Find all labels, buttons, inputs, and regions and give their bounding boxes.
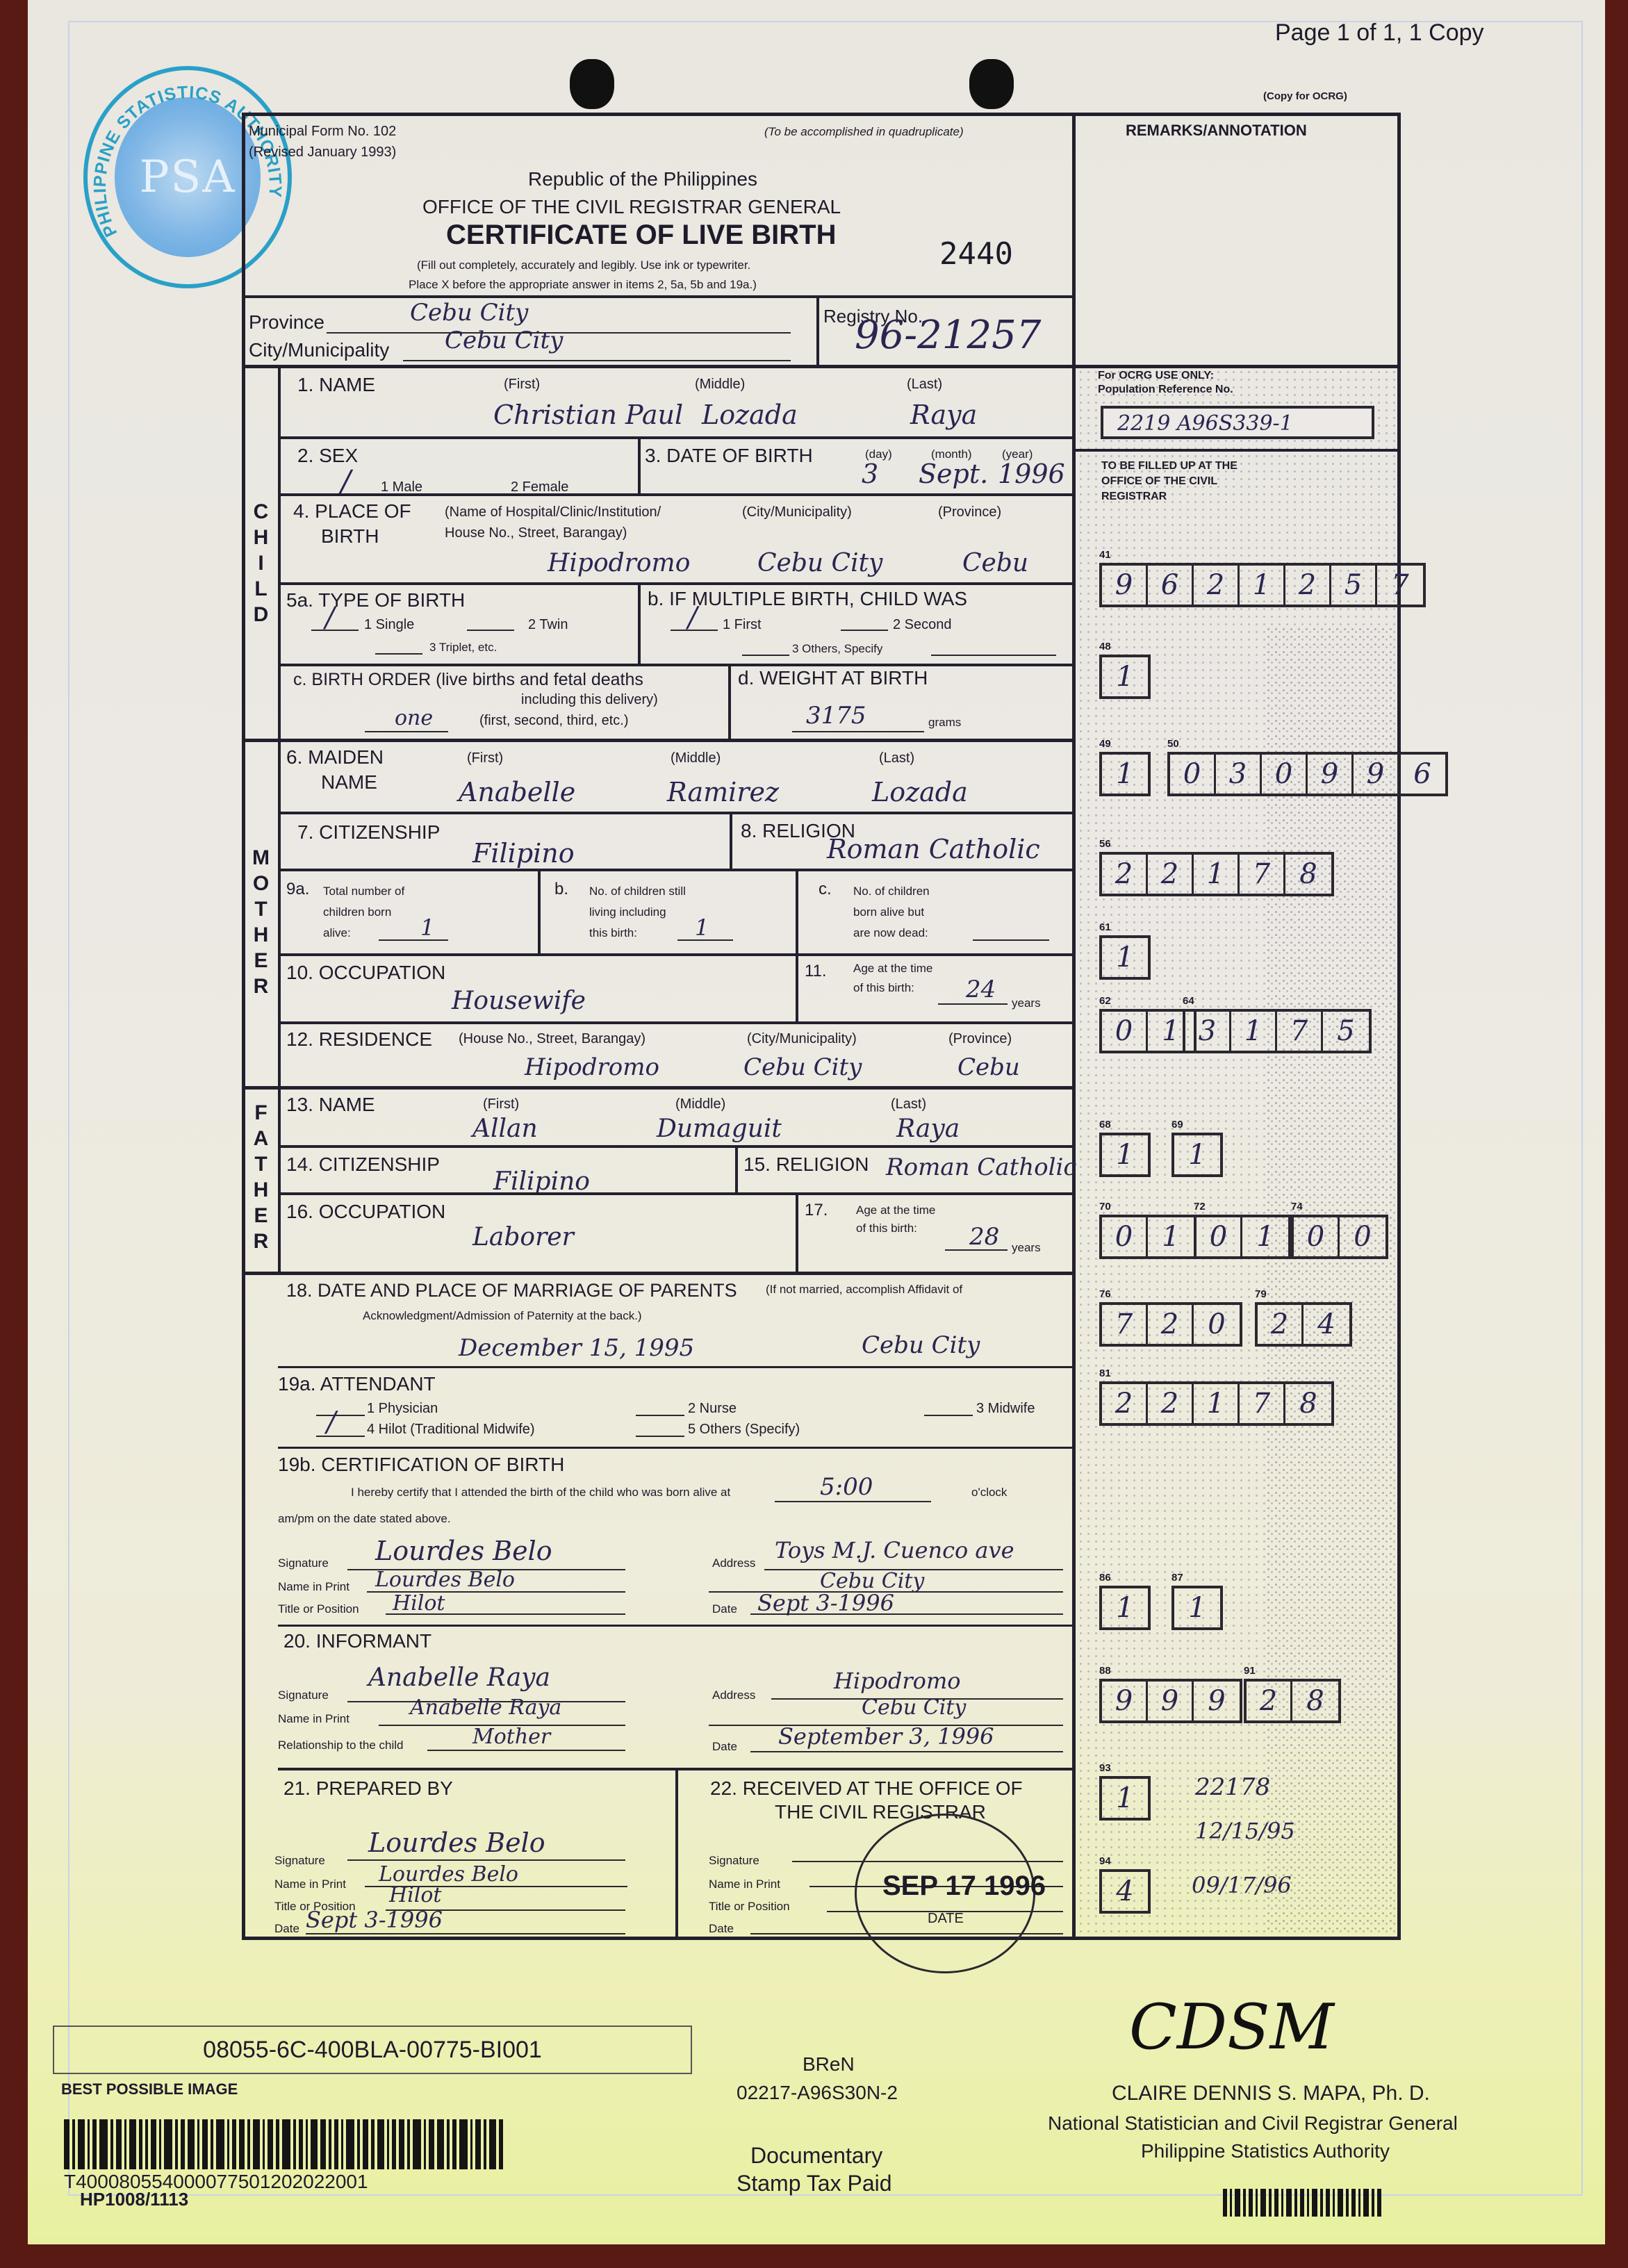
city-label: City/Municipality	[249, 339, 389, 361]
population-reference-label: Population Reference No.	[1098, 384, 1233, 396]
code-digit: 9	[1308, 755, 1354, 794]
divider	[278, 664, 1074, 666]
code-digit: 1	[1174, 1588, 1220, 1627]
office-label: OFFICE OF THE CIVIL REGISTRAR GENERAL	[422, 196, 841, 218]
certifier-name: Lourdes Belo	[375, 1568, 515, 1592]
residence-city: Cebu City	[743, 1053, 862, 1081]
preparer-title: Hilot	[389, 1883, 441, 1907]
code-93-label: 93	[1099, 1762, 1111, 1774]
divider	[242, 295, 1074, 298]
residence-house-label: (House No., Street, Barangay)	[459, 1031, 646, 1047]
code-87-boxes: 1	[1171, 1586, 1223, 1630]
dob-day: 3	[862, 459, 878, 489]
code-86-label: 86	[1099, 1572, 1111, 1584]
pob-province-label: (Province)	[938, 504, 1001, 520]
code-digit: 1	[1102, 657, 1148, 696]
father-religion: Roman Catholic	[886, 1153, 1076, 1181]
instructions-line-1: (Fill out completely, accurately and leg…	[417, 258, 750, 272]
form-revised: (Revised January 1993)	[249, 145, 396, 161]
divider	[278, 741, 281, 1088]
code-digit: 2	[1148, 1305, 1194, 1344]
divider	[728, 664, 731, 739]
father-middle-name: Dumaguit	[657, 1115, 782, 1143]
first-label: (First)	[467, 750, 503, 766]
last-label: (Last)	[891, 1096, 926, 1112]
attendant-hilot: 4 Hilot (Traditional Midwife)	[367, 1422, 535, 1438]
code-digit: 9	[1102, 566, 1148, 605]
certificate-title: CERTIFICATE OF LIVE BIRTH	[446, 220, 836, 251]
preparer-signature: Lourdes Belo	[368, 1827, 545, 1858]
mother-age-num: 11.	[805, 962, 827, 981]
bren-value: 02217-A96S30N-2	[737, 2082, 898, 2104]
code-61-label: 61	[1099, 921, 1111, 933]
divider	[278, 367, 281, 739]
date-label: Date	[712, 1740, 737, 1754]
dob-label: 3. DATE OF BIRTH	[645, 445, 813, 467]
informant-address-2: Cebu City	[862, 1695, 966, 1720]
marriage-note: (If not married, accomplish Affidavit of	[766, 1283, 962, 1297]
certification-text: I hereby certify that I attended the bir…	[351, 1486, 730, 1499]
first-label: (First)	[483, 1096, 519, 1112]
divider	[278, 869, 1074, 871]
code-digit: 6	[1399, 755, 1445, 794]
stamp-tax-label: Documentary	[750, 2143, 882, 2169]
certifier-title: Hilot	[393, 1591, 445, 1616]
code-68-label: 68	[1099, 1119, 1111, 1131]
ocrg-note-3: 09/17/96	[1192, 1872, 1292, 1898]
code-64-label: 64	[1183, 995, 1194, 1007]
dead-children-label: No. of children born alive but are now d…	[853, 881, 930, 944]
mother-residence-label: 12. RESIDENCE	[286, 1028, 432, 1051]
divider	[816, 295, 819, 365]
signature-label: Signature	[278, 1688, 329, 1702]
type-triplet-option: 3 Triplet, etc.	[429, 641, 497, 655]
father-age-label: Age at the time	[856, 1203, 935, 1217]
divider	[735, 1145, 738, 1194]
province-label: Province	[249, 311, 324, 334]
divider	[242, 739, 1074, 742]
code-88-label: 88	[1099, 1665, 1111, 1677]
father-occupation-label: 16. OCCUPATION	[286, 1201, 445, 1223]
pob-province: Cebu	[962, 549, 1028, 577]
code-49-label: 49	[1099, 738, 1111, 750]
underline	[938, 1003, 1008, 1005]
weight-value: 3175	[806, 702, 866, 730]
code-digit: 6	[1148, 566, 1194, 605]
residence-house: Hipodromo	[525, 1053, 659, 1081]
mother-citizenship-label: 7. CITIZENSHIP	[297, 821, 440, 844]
code-digit: 1	[1240, 566, 1285, 605]
title-label: Title or Position	[709, 1900, 790, 1914]
ocrg-fill-label: TO BE FILLED UP AT THE OFFICE OF THE CIV…	[1101, 459, 1238, 504]
code-digit: 0	[1340, 1217, 1386, 1256]
certification-time: 5:00	[820, 1473, 873, 1501]
code-digit: 2	[1194, 566, 1240, 605]
divider	[278, 582, 1074, 585]
father-age: 28	[969, 1223, 999, 1251]
child-middle-name: Lozada	[702, 400, 798, 430]
code-70-label: 70	[1099, 1201, 1111, 1213]
mother-occupation: Housewife	[452, 987, 586, 1015]
province-value: Cebu City	[410, 299, 528, 327]
label-line: this birth:	[589, 923, 686, 944]
dead-children-num: c.	[819, 880, 832, 899]
father-occupation: Laborer	[472, 1223, 574, 1251]
informant-label: 20. INFORMANT	[283, 1630, 431, 1652]
code-41-label: 41	[1099, 549, 1111, 561]
code-digit: 1	[1102, 1135, 1148, 1174]
code-94-label: 94	[1099, 1855, 1111, 1867]
label-line: REGISTRAR	[1101, 489, 1238, 504]
code-68-boxes: 1	[1099, 1133, 1151, 1177]
address-label: Address	[712, 1556, 755, 1570]
type-of-birth-label: 5a. TYPE OF BIRTH	[286, 589, 465, 611]
code-74-label: 74	[1291, 1201, 1303, 1213]
code-62-boxes: 01	[1099, 1009, 1197, 1053]
mother-name-label: 6. MAIDEN	[286, 746, 384, 769]
type-twin-option: 2 Twin	[528, 617, 568, 633]
code-81-label: 81	[1099, 1367, 1111, 1379]
code-digit: 9	[1102, 1682, 1148, 1720]
certification-oclock: o'clock	[971, 1486, 1007, 1499]
code-76-boxes: 720	[1099, 1302, 1242, 1347]
middle-label: (Middle)	[671, 750, 721, 766]
code-79-boxes: 24	[1255, 1302, 1352, 1347]
code-digit: 5	[1323, 1012, 1369, 1051]
father-citizenship: Filipino	[493, 1167, 590, 1196]
certifier-address: Toys M.J. Cuenco ave	[775, 1537, 1014, 1563]
father-citizenship-label: 14. CITIZENSHIP	[286, 1153, 440, 1176]
code-digit: 7	[1277, 1012, 1323, 1051]
prepared-by-label: 21. PREPARED BY	[283, 1777, 453, 1800]
name-in-print-label: Name in Print	[278, 1580, 350, 1594]
divider	[278, 436, 1074, 439]
mother-age: 24	[966, 976, 996, 1003]
code-digit: 1	[1174, 1135, 1220, 1174]
code-digit: 0	[1102, 1012, 1148, 1051]
code-digit: 1	[1194, 1384, 1240, 1423]
checkbox-line	[316, 1436, 365, 1437]
code-digit: 0	[1102, 1217, 1148, 1256]
mother-age-label: Age at the time	[853, 962, 932, 976]
father-side-text: FATHER	[247, 1101, 274, 1256]
checkbox-line	[316, 1415, 365, 1416]
divider	[278, 1021, 1074, 1024]
father-religion-label: 15. RELIGION	[743, 1153, 869, 1176]
copy-for-label: (Copy for OCRG)	[1263, 90, 1347, 102]
population-reference-field: 2219 A96S339-1	[1101, 406, 1374, 439]
document-code: 08055-6C-400BLA-00775-BI001	[203, 2037, 542, 2064]
father-age-num: 17.	[805, 1201, 828, 1220]
ocrg-halftone-shadow	[1265, 625, 1397, 1932]
title-label: Title or Position	[278, 1602, 359, 1616]
attendant-others: 5 Others (Specify)	[688, 1422, 800, 1438]
page-info: Page 1 of 1, 1 Copy	[1275, 19, 1484, 47]
quadruplicate-note: (To be accomplished in quadruplicate)	[764, 125, 964, 139]
divider	[675, 1769, 678, 1940]
ocrg-use-only-label: For OCRG USE ONLY:	[1098, 370, 1214, 382]
checkbox-line	[924, 1415, 973, 1416]
child-last-name: Raya	[910, 400, 977, 430]
bren-label: BReN	[803, 2053, 855, 2076]
stamp-tax-label-2: Stamp Tax Paid	[737, 2171, 892, 2196]
date-label: Date	[274, 1922, 299, 1936]
attendant-physician: 1 Physician	[367, 1401, 438, 1417]
pob-hospital: Hipodromo	[548, 549, 690, 577]
code-digit: 1	[1242, 1217, 1288, 1256]
divider	[638, 436, 641, 493]
code-62-label: 62	[1099, 995, 1111, 1007]
code-56-boxes: 22178	[1099, 852, 1334, 896]
divider	[278, 812, 1074, 814]
code-74-boxes: 00	[1291, 1215, 1388, 1259]
code-64-boxes: 3175	[1183, 1009, 1372, 1053]
label-line: No. of children	[853, 881, 930, 902]
marriage-label: 18. DATE AND PLACE OF MARRIAGE OF PARENT…	[286, 1280, 737, 1301]
first-label: (First)	[504, 377, 540, 393]
signature-label: Signature	[709, 1854, 759, 1868]
code-56-label: 56	[1099, 838, 1111, 850]
code-86-boxes: 1	[1099, 1586, 1151, 1630]
code-digit: 2	[1102, 1384, 1148, 1423]
weight-unit: grams	[928, 716, 961, 730]
code-digit: 7	[1240, 1384, 1285, 1423]
signatory-signature: CDSM	[1129, 1991, 1334, 2064]
underline	[306, 1933, 625, 1934]
total-children-label: Total number of children born alive:	[323, 881, 404, 944]
signature-label: Signature	[278, 1556, 329, 1570]
code-digit: 3	[1185, 1012, 1231, 1051]
underline	[792, 731, 924, 732]
divider	[278, 1366, 1074, 1368]
code-digit: 8	[1285, 1384, 1331, 1423]
mother-name-label-2: NAME	[321, 771, 377, 794]
divider	[278, 1192, 1074, 1195]
divider	[278, 1625, 1074, 1627]
code-digit: 8	[1292, 1682, 1338, 1720]
signature-label: Signature	[274, 1854, 325, 1868]
informant-signature: Anabelle Raya	[368, 1663, 550, 1692]
residence-province: Cebu	[957, 1053, 1020, 1081]
population-reference-value: 2219 A96S339-1	[1103, 409, 1372, 438]
attendant-hilot-mark: /	[327, 1406, 336, 1438]
code-88-boxes: 999	[1099, 1679, 1242, 1723]
underline	[775, 1501, 931, 1502]
code-digit: 7	[1102, 1305, 1148, 1344]
father-first-name: Allan	[472, 1115, 538, 1143]
attendant-label: 19a. ATTENDANT	[278, 1373, 436, 1395]
label-line: TO BE FILLED UP AT THE	[1101, 459, 1238, 474]
underline	[403, 360, 791, 361]
barcode-bars	[1223, 2189, 1459, 2217]
last-label: (Last)	[879, 750, 914, 766]
pob-city: Cebu City	[757, 549, 882, 577]
code-digit: 0	[1197, 1217, 1242, 1256]
code-digit: 2	[1285, 566, 1331, 605]
pob-hospital-label: (Name of Hospital/Clinic/Institution/	[445, 504, 661, 520]
father-last-name: Raya	[896, 1115, 960, 1143]
checkbox-line	[841, 630, 888, 631]
divider	[796, 869, 798, 953]
code-48-boxes: 1	[1099, 655, 1151, 699]
underline	[365, 731, 448, 732]
dob-month: Sept.	[919, 459, 988, 489]
code-digit: 2	[1258, 1305, 1304, 1344]
child-side-text: CHILD	[247, 500, 274, 629]
stamp-date-word: DATE	[928, 1911, 964, 1927]
code-digit: 2	[1148, 855, 1194, 894]
code-digit: 1	[1102, 1779, 1148, 1818]
form-number: Municipal Form No. 102	[249, 124, 396, 140]
marriage-date: December 15, 1995	[459, 1334, 694, 1362]
divider	[796, 1192, 798, 1273]
label-line: living including	[589, 902, 686, 923]
checkbox-line	[671, 630, 718, 631]
divider	[242, 365, 1074, 368]
small-barcode-icon	[1223, 2189, 1459, 2217]
code-49-boxes: 1	[1099, 752, 1151, 796]
birth-order-label: c. BIRTH ORDER (live births and fetal de…	[293, 670, 643, 690]
ocrg-note-1: 22178	[1195, 1773, 1270, 1801]
label-line: Total number of	[323, 881, 404, 902]
name-in-print-label: Name in Print	[709, 1877, 780, 1891]
birth-order-hint: (first, second, third, etc.)	[479, 713, 629, 729]
mother-age-label-2: of this birth:	[853, 981, 914, 995]
certification-text-2: am/pm on the date stated above.	[278, 1512, 451, 1526]
name-in-print-label: Name in Print	[274, 1877, 346, 1891]
pob-hospital-label-2: House No., Street, Barangay)	[445, 525, 627, 541]
label-line: No. of children still	[589, 881, 686, 902]
code-digit: 1	[1102, 755, 1148, 794]
pob-label-2: BIRTH	[321, 525, 379, 548]
code-digit: 9	[1194, 1682, 1240, 1720]
code-digit: 8	[1285, 855, 1331, 894]
checkbox-line	[742, 655, 789, 656]
date-label: Date	[712, 1602, 737, 1616]
total-children-value: 1	[420, 914, 434, 941]
checkbox-line	[636, 1415, 684, 1416]
divider	[538, 869, 541, 953]
mother-occupation-label: 10. OCCUPATION	[286, 962, 445, 984]
divider	[278, 1447, 1074, 1449]
code-digit: 0	[1194, 1305, 1240, 1344]
code-digit: 1	[1148, 1217, 1194, 1256]
code-digit: 9	[1148, 1682, 1194, 1720]
code-digit: 0	[1170, 755, 1216, 794]
living-children-num: b.	[554, 880, 568, 899]
multiple-others-option: 3 Others, Specify	[792, 642, 882, 656]
residence-province-label: (Province)	[948, 1031, 1012, 1047]
middle-label: (Middle)	[675, 1096, 725, 1112]
code-digit: 4	[1102, 1872, 1148, 1911]
divider	[242, 1086, 1074, 1090]
date-label: Date	[709, 1922, 734, 1936]
checkbox-line	[375, 653, 422, 655]
address-label: Address	[712, 1688, 755, 1702]
checkbox-line	[311, 630, 359, 631]
father-side-label: FATHER	[247, 1101, 275, 1256]
divider	[278, 493, 1074, 496]
code-48-label: 48	[1099, 641, 1111, 652]
underline	[945, 1249, 1008, 1251]
mother-religion: Roman Catholic	[827, 834, 1040, 864]
barcode-bars	[64, 2119, 644, 2169]
code-69-boxes: 1	[1171, 1133, 1223, 1177]
code-87-label: 87	[1171, 1572, 1183, 1584]
code-digit: 2	[1148, 1384, 1194, 1423]
underline	[677, 939, 733, 941]
mother-middle-name: Ramirez	[667, 777, 779, 807]
divider	[796, 953, 798, 1021]
code-digit: 1	[1194, 855, 1240, 894]
code-79-label: 79	[1255, 1288, 1267, 1300]
last-label: (Last)	[907, 377, 942, 393]
code-digit: 1	[1102, 1588, 1148, 1627]
type-single-option: 1 Single	[364, 617, 414, 633]
divider	[278, 953, 1074, 956]
divider	[278, 1088, 281, 1273]
middle-label: (Middle)	[695, 377, 745, 393]
multiple-first-option: 1 First	[723, 617, 762, 633]
multiple-second-option: 2 Second	[893, 617, 952, 633]
code-digit: 0	[1294, 1217, 1340, 1256]
code-91-label: 91	[1244, 1665, 1256, 1677]
informant-relationship: Mother	[472, 1725, 550, 1749]
code-61-boxes: 1	[1099, 935, 1151, 980]
code-69-label: 69	[1171, 1119, 1183, 1131]
remarks-title: REMARKS/ANNOTATION	[1126, 122, 1307, 140]
divider	[1074, 365, 1400, 368]
code-digit: 3	[1216, 755, 1262, 794]
punch-hole	[969, 59, 1014, 109]
father-age-unit: years	[1012, 1241, 1041, 1255]
code-72-label: 72	[1194, 1201, 1206, 1213]
residence-city-label: (City/Municipality)	[747, 1031, 857, 1047]
marriage-place: Cebu City	[862, 1331, 980, 1359]
marriage-note-2: Acknowledgment/Admission of Paternity at…	[363, 1309, 642, 1323]
signatory-org: Philippine Statistics Authority	[1141, 2140, 1390, 2162]
preparer-date: Sept 3-1996	[306, 1907, 443, 1933]
code-76-label: 76	[1099, 1288, 1111, 1300]
serial-number: 2440	[939, 236, 1013, 272]
code-94-boxes: 4	[1099, 1869, 1151, 1914]
informant-date: September 3, 1996	[778, 1723, 994, 1750]
label-line: OFFICE OF THE CIVIL	[1101, 474, 1238, 489]
total-children-num: 9a.	[286, 880, 309, 899]
republic-label: Republic of the Philippines	[528, 168, 757, 190]
city-value: Cebu City	[445, 327, 563, 354]
mother-last-name: Lozada	[872, 777, 968, 807]
birth-order-label-2: including this delivery)	[521, 692, 658, 708]
informant-address: Hipodromo	[834, 1668, 961, 1694]
registry-value: 96-21257	[855, 313, 1041, 358]
mother-side-text: MOTHER	[247, 846, 274, 1001]
code-digit: 1	[1102, 938, 1148, 977]
father-name-label: 13. NAME	[286, 1094, 375, 1116]
name-in-print-label: Name in Print	[278, 1712, 350, 1726]
code-91-boxes: 28	[1244, 1679, 1341, 1723]
certifier-signature: Lourdes Belo	[375, 1536, 552, 1566]
underline	[386, 1613, 625, 1615]
underline	[427, 1750, 625, 1751]
code-50-label: 50	[1167, 738, 1179, 750]
signatory-title: National Statistician and Civil Registra…	[1048, 2112, 1491, 2135]
underline	[750, 1613, 1063, 1615]
code-digit: 7	[1240, 855, 1285, 894]
code-50-boxes: 030996	[1167, 752, 1448, 796]
hp-code: HP1008/1113	[80, 2189, 188, 2210]
best-image-label: BEST POSSIBLE IMAGE	[61, 2080, 238, 2098]
